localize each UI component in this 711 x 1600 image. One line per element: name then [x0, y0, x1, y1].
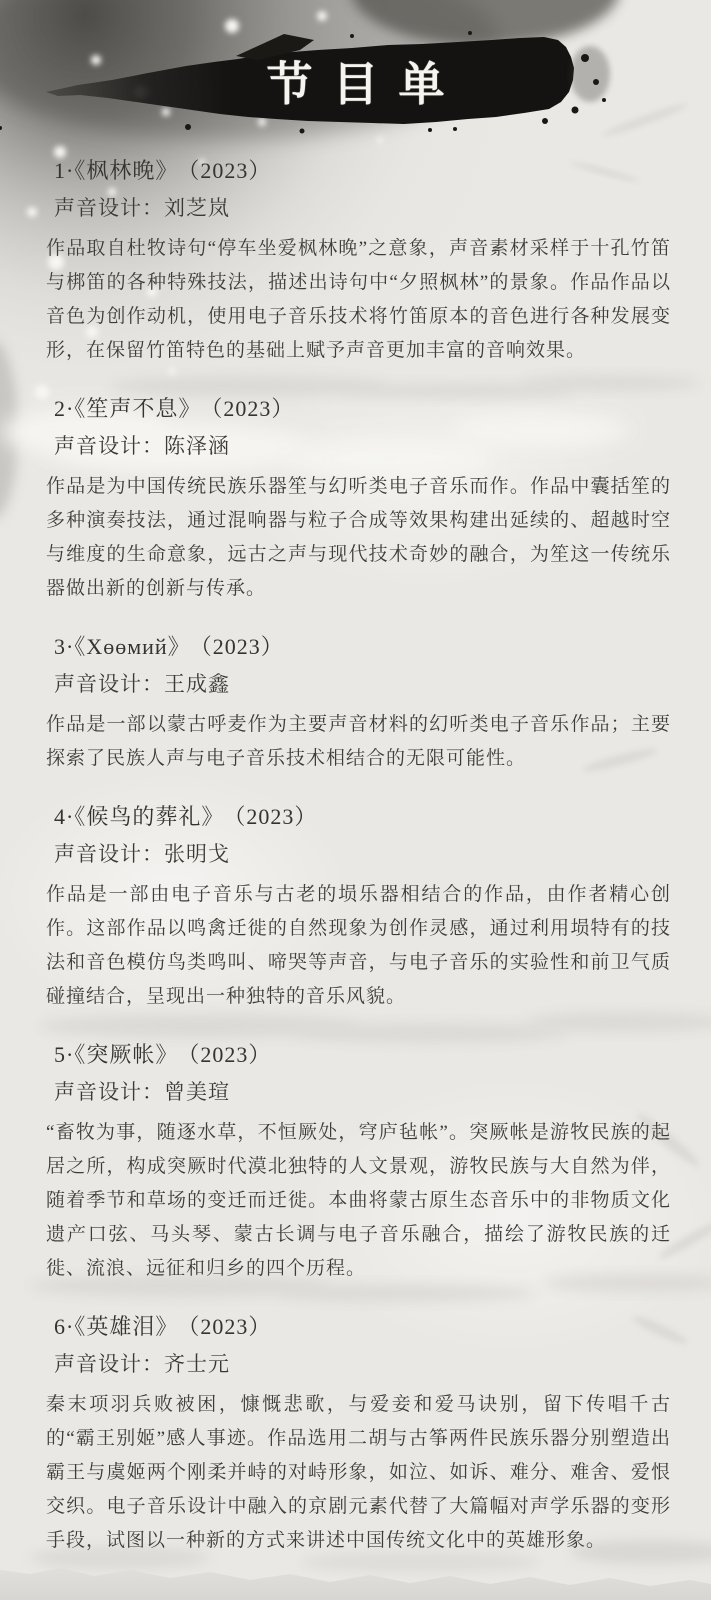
work-description: 作品取自杜牧诗句“停车坐爱枫林晚”之意象，声音素材采样于十孔竹笛与梆笛的各种特殊… [46, 232, 671, 368]
program-list: 1·《枫林晚》（2023） 声音设计：刘芝岚 作品取自杜牧诗句“停车坐爱枫林晚”… [46, 156, 671, 1584]
program-item-1: 1·《枫林晚》（2023） 声音设计：刘芝岚 作品取自杜牧诗句“停车坐爱枫林晚”… [46, 156, 671, 368]
sound-designer-name: 张明戈 [164, 842, 230, 866]
work-number: 3· [54, 634, 74, 659]
sound-designer-line: 声音设计：陈泽涵 [54, 432, 671, 460]
sound-designer-line: 声音设计：齐士元 [54, 1350, 671, 1378]
work-year: （2023） [188, 1314, 271, 1339]
work-number: 1· [54, 158, 74, 183]
program-item-2: 2·《笙声不息》（2023） 声音设计：陈泽涵 作品是为中国传统民族乐器笙与幻听… [46, 394, 671, 606]
sound-designer-name: 陈泽涵 [164, 434, 230, 458]
sound-design-label: 声音设计： [54, 1352, 164, 1376]
sound-design-label: 声音设计： [54, 196, 164, 220]
sound-designer-line: 声音设计：曾美瑄 [54, 1078, 671, 1106]
work-title: 1·《枫林晚》（2023） [54, 156, 671, 186]
work-year: （2023） [211, 396, 294, 421]
work-number: 4· [54, 804, 74, 829]
work-year: （2023） [201, 634, 284, 659]
sound-designer-name: 曾美瑄 [164, 1080, 230, 1104]
sound-designer-name: 王成鑫 [164, 672, 230, 696]
work-name: 《枫林晚》 [74, 158, 178, 183]
work-description: 作品是一部由电子音乐与古老的埙乐器相结合的作品，由作者精心创作。这部作品以鸣禽迁… [46, 878, 671, 1014]
work-name: 《Хөөмий》 [74, 634, 190, 659]
program-content: 节目单 1·《枫林晚》（2023） 声音设计：刘芝岚 作品取自杜牧诗句“停车坐爱… [0, 0, 711, 1600]
work-title: 2·《笙声不息》（2023） [54, 394, 671, 424]
work-number: 5· [54, 1042, 74, 1067]
program-poster: 节目单 1·《枫林晚》（2023） 声音设计：刘芝岚 作品取自杜牧诗句“停车坐爱… [0, 0, 711, 1600]
work-year: （2023） [234, 804, 317, 829]
work-name: 《笙声不息》 [74, 396, 201, 421]
work-number: 2· [54, 396, 74, 421]
sound-designer-name: 齐士元 [164, 1352, 230, 1376]
sound-designer-name: 刘芝岚 [164, 196, 230, 220]
work-title: 4·《候鸟的葬礼》（2023） [54, 802, 671, 832]
work-name: 《英雄泪》 [74, 1314, 178, 1339]
work-year: （2023） [188, 158, 271, 183]
work-year: （2023） [188, 1042, 271, 1067]
work-description: 作品是为中国传统民族乐器笙与幻听类电子音乐而作。作品中囊括笙的多种演奏技法，通过… [46, 470, 671, 606]
work-title: 5·《突厥帐》（2023） [54, 1040, 671, 1070]
work-description: 作品是一部以蒙古呼麦作为主要声音材料的幻听类电子音乐作品；主要探索了民族人声与电… [46, 708, 671, 776]
program-item-5: 5·《突厥帐》（2023） 声音设计：曾美瑄 “畜牧为事，随逐水草，不恒厥处，穹… [46, 1040, 671, 1286]
work-name: 《候鸟的葬礼》 [74, 804, 224, 829]
sound-designer-line: 声音设计：王成鑫 [54, 670, 671, 698]
work-name: 《突厥帐》 [74, 1042, 178, 1067]
program-item-3: 3·《Хөөмий》（2023） 声音设计：王成鑫 作品是一部以蒙古呼麦作为主要… [46, 632, 671, 776]
work-number: 6· [54, 1314, 74, 1339]
sound-designer-line: 声音设计：张明戈 [54, 840, 671, 868]
work-description: “畜牧为事，随逐水草，不恒厥处，穹庐毡帐”。突厥帐是游牧民族的起居之所，构成突厥… [46, 1116, 671, 1286]
sound-design-label: 声音设计： [54, 1080, 164, 1104]
work-title: 3·《Хөөмий》（2023） [54, 632, 671, 662]
page-title: 节目单 [0, 48, 711, 114]
work-description: 秦末项羽兵败被困，慷慨悲歌，与爱妾和爱马诀别，留下传唱千古的“霸王别姬”感人事迹… [46, 1388, 671, 1558]
sound-design-label: 声音设计： [54, 434, 164, 458]
sound-designer-line: 声音设计：刘芝岚 [54, 194, 671, 222]
work-title: 6·《英雄泪》（2023） [54, 1312, 671, 1342]
program-item-4: 4·《候鸟的葬礼》（2023） 声音设计：张明戈 作品是一部由电子音乐与古老的埙… [46, 802, 671, 1014]
program-item-6: 6·《英雄泪》（2023） 声音设计：齐士元 秦末项羽兵败被困，慷慨悲歌，与爱妾… [46, 1312, 671, 1558]
sound-design-label: 声音设计： [54, 672, 164, 696]
sound-design-label: 声音设计： [54, 842, 164, 866]
